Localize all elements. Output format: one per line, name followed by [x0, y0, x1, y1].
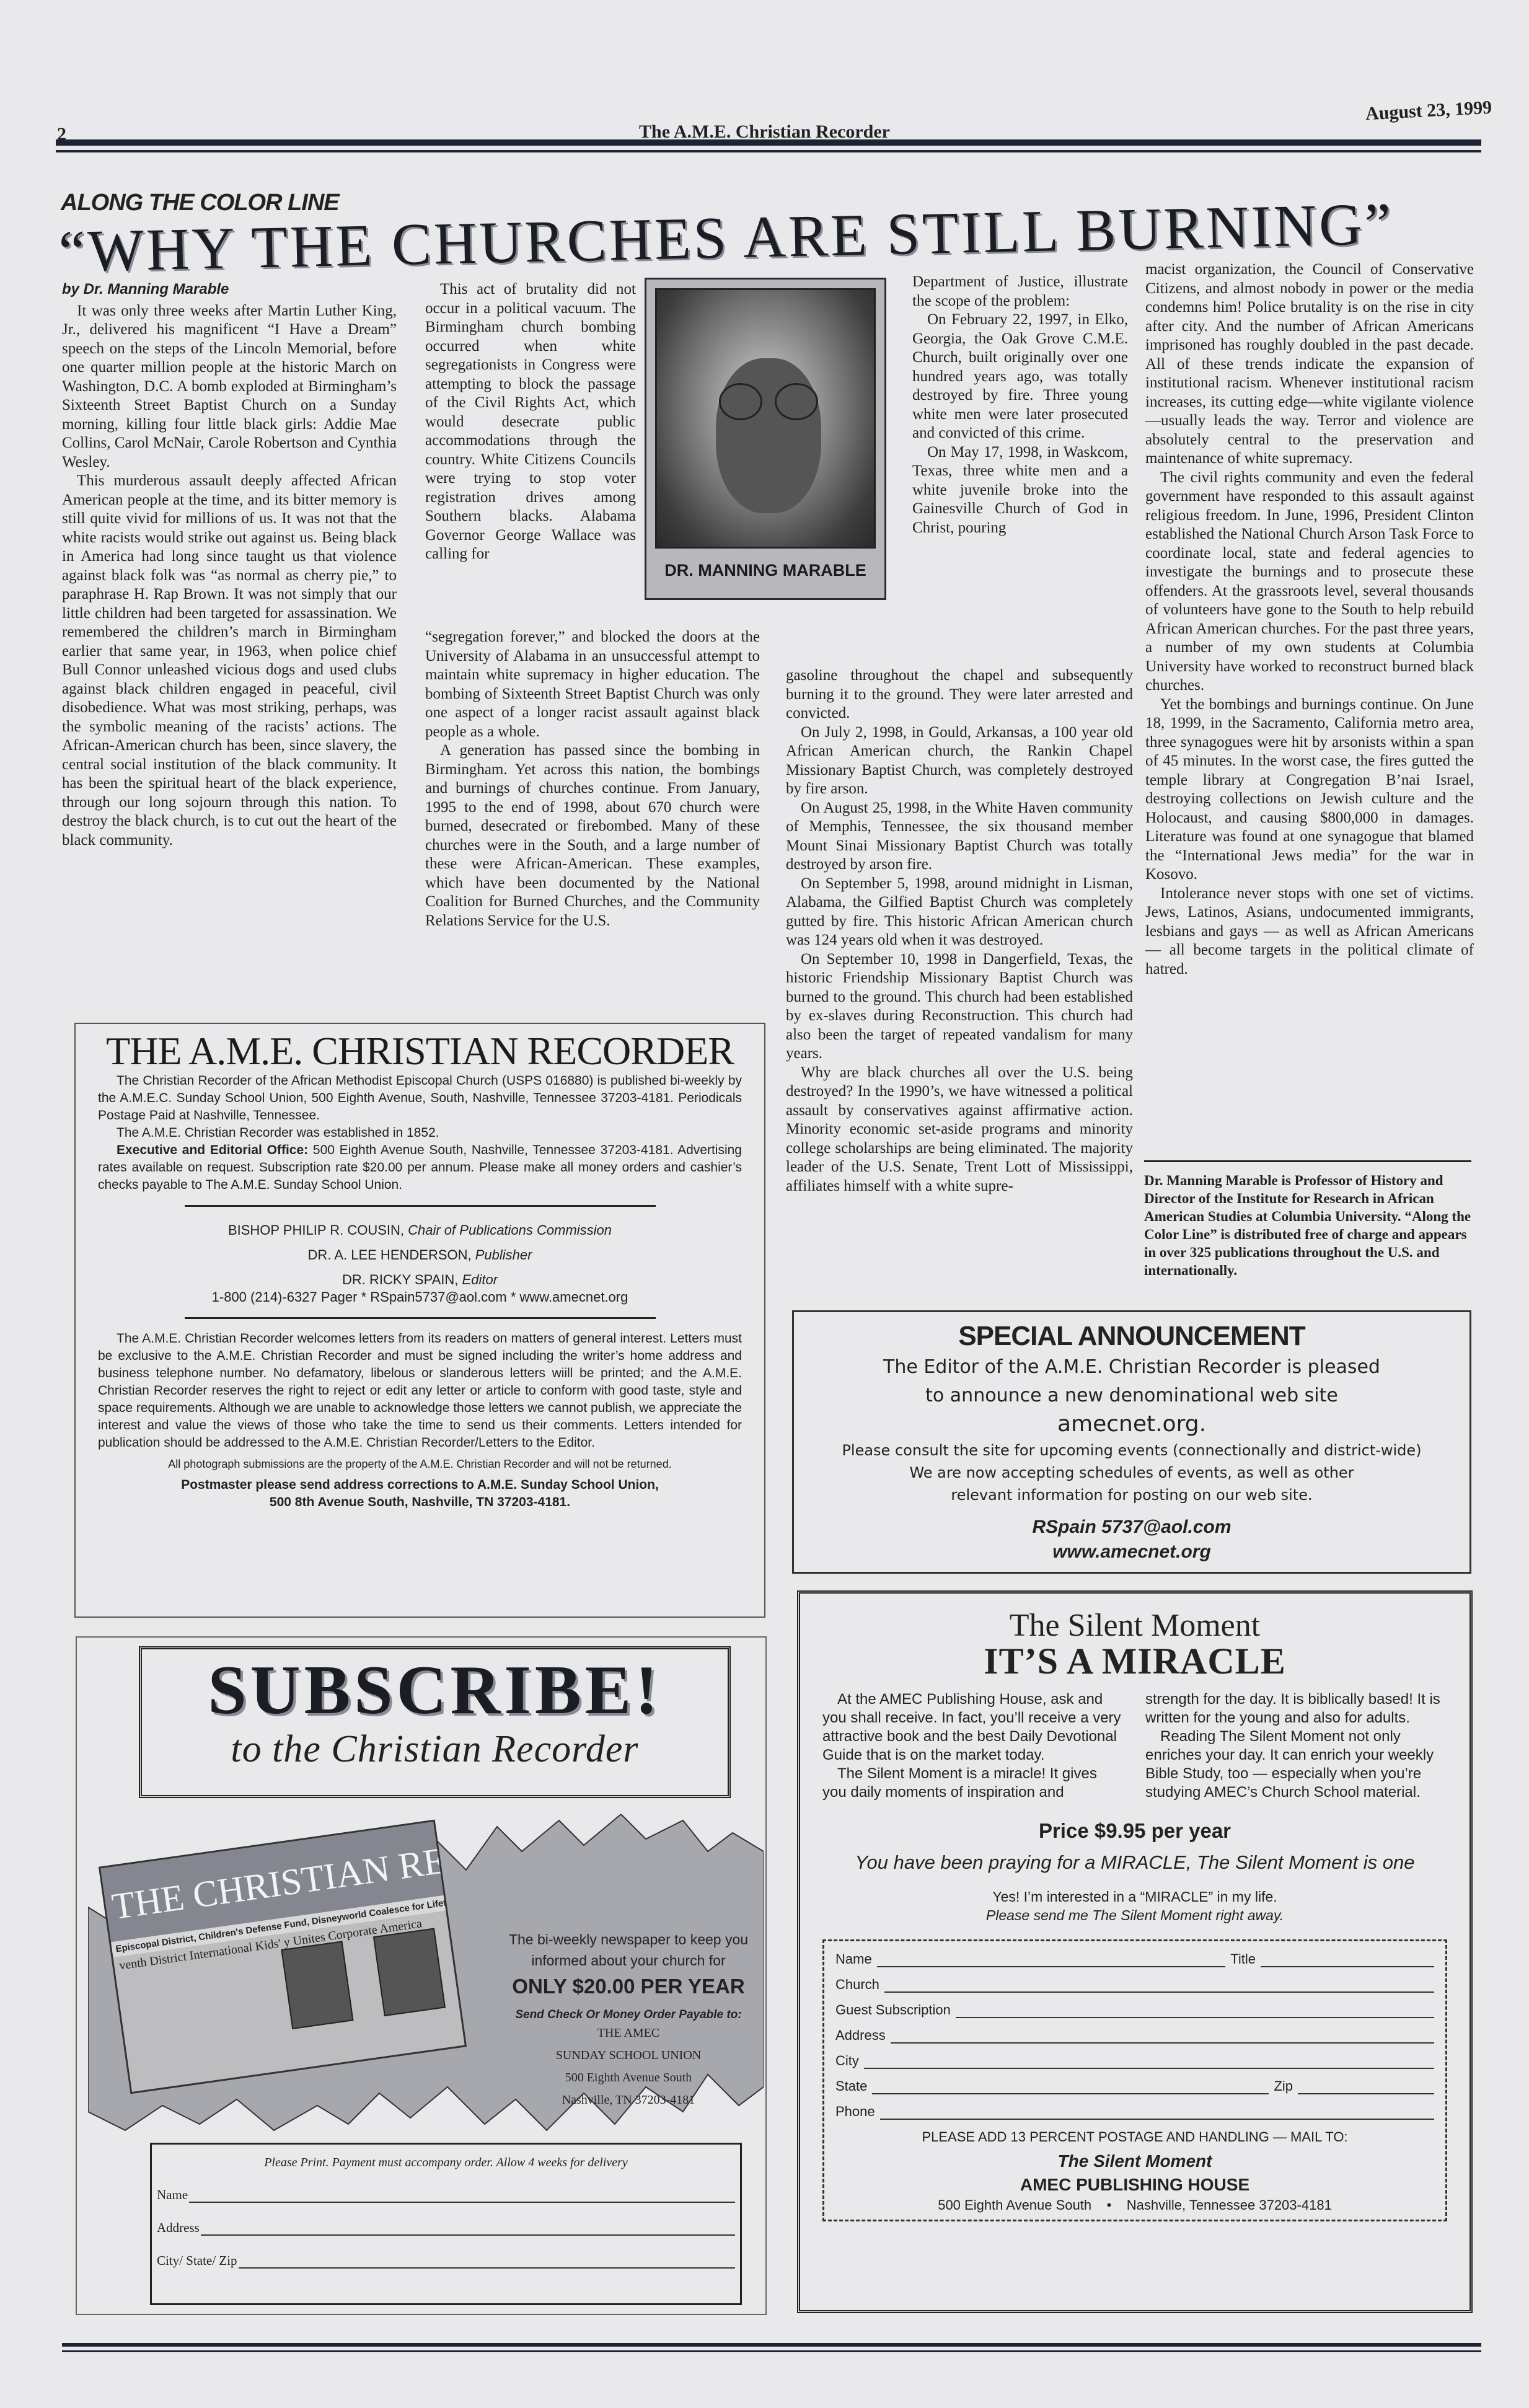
- author-photo-frame: DR. MANNING MARABLE: [645, 278, 886, 600]
- glasses-icon: [719, 383, 762, 420]
- address-label: Address: [157, 2220, 200, 2236]
- state-label: State: [835, 2078, 867, 2094]
- ad-tagline: You have been praying for a MIRACLE, The…: [822, 1851, 1447, 1874]
- title-field[interactable]: [1261, 1952, 1434, 1967]
- article-paragraph: On August 25, 1998, in the White Haven c…: [786, 799, 1133, 875]
- newspaper-clipping-image: THE CHRISTIAN RECORDER Episcopal Distric…: [99, 1820, 467, 2094]
- phone-field[interactable]: [880, 2105, 1434, 2120]
- address-field[interactable]: [891, 2029, 1434, 2044]
- subscribe-ad: SUBSCRIBE! to the Christian Recorder THE…: [76, 1636, 767, 2315]
- author-photo: [655, 288, 876, 549]
- ad-paragraph: Reading The Silent Moment not only enric…: [1145, 1727, 1447, 1802]
- zip-field[interactable]: [1298, 2079, 1434, 2094]
- state-field[interactable]: [872, 2079, 1269, 2094]
- article-paragraph: It was only three weeks after Martin Lut…: [62, 302, 397, 472]
- order-coupon: Name Title Church Guest Subscription Add…: [822, 1939, 1447, 2221]
- address-street: 500 Eighth Avenue South: [938, 2197, 1091, 2213]
- postmaster-line-1: Postmaster please send address correctio…: [98, 1476, 742, 1494]
- subscribe-title: SUBSCRIBE!: [142, 1653, 728, 1727]
- article-paragraph: On September 5, 1998, around midnight in…: [786, 875, 1133, 950]
- ad-column-left: At the AMEC Publishing House, ask and yo…: [822, 1690, 1124, 1802]
- editor-contact: 1-800 (214)-6327 Pager * RSpain5737@aol.…: [98, 1289, 742, 1306]
- form-row: Address: [157, 2220, 735, 2236]
- ad-paragraph: The Silent Moment is a miracle! It gives…: [822, 1765, 1124, 1802]
- title-label: Title: [1230, 1951, 1256, 1967]
- church-label: Church: [835, 1977, 879, 1993]
- form-row: Phone: [835, 2104, 1434, 2120]
- form-row: Name: [157, 2187, 735, 2203]
- article-column-2-continued: “segregation forever,” and blocked the d…: [425, 628, 760, 930]
- article-column-4: macist organization, the Council of Cons…: [1145, 260, 1474, 979]
- staff-role: Publisher: [475, 1247, 532, 1263]
- subscribe-address: THE AMEC SUNDAY SCHOOL UNION 500 Eighth …: [498, 2022, 759, 2111]
- article-column-2: This act of brutality did not occur in a…: [425, 280, 636, 564]
- announcement-lead-2: to announce a new denominational web sit…: [794, 1383, 1470, 1409]
- author-bio: Dr. Manning Marable is Professor of Hist…: [1144, 1171, 1473, 1279]
- address-line: 500 Eighth Avenue South: [498, 2066, 759, 2089]
- city-state-zip-field[interactable]: [239, 2256, 736, 2269]
- announcement-url: www.amecnet.org: [794, 1540, 1470, 1564]
- city-state-zip-label: City/ State/ Zip: [157, 2253, 237, 2269]
- footer-rule-thick: [62, 2343, 1481, 2347]
- article-paragraph: On February 22, 1997, in Elko, Georgia, …: [912, 311, 1128, 443]
- announcement-email: RSpain 5737@aol.com: [794, 1515, 1470, 1540]
- address-label: Address: [835, 2027, 886, 2044]
- ad-paragraph: strength for the day. It is biblically b…: [1145, 1690, 1447, 1727]
- header-rule-thin: [56, 150, 1481, 152]
- masthead-publication-info: The Christian Recorder of the African Me…: [98, 1072, 742, 1124]
- ad-column-right: strength for the day. It is biblically b…: [1145, 1690, 1447, 1802]
- postmaster-line-2: 500 8th Avenue South, Nashville, TN 3720…: [98, 1494, 742, 1511]
- photos-note: All photograph submissions are the prope…: [98, 1455, 742, 1473]
- form-row: Guest Subscription: [835, 2002, 1434, 2018]
- staff-item: DR. RICKY SPAIN, Editor: [98, 1271, 742, 1289]
- mail-to-house: AMEC PUBLISHING HOUSE: [835, 2175, 1434, 2195]
- clipping-photo: [373, 1928, 446, 2016]
- staff-list: BISHOP PHILIP R. COUSIN, Chair of Public…: [98, 1218, 742, 1306]
- silent-moment-ad: The Silent Moment IT’S A MIRACLE At the …: [797, 1590, 1473, 2313]
- masthead-title: THE A.M.E. CHRISTIAN RECORDER: [98, 1043, 742, 1060]
- byline: by Dr. Manning Marable: [62, 280, 397, 299]
- form-row: Church: [835, 1977, 1434, 1993]
- article-paragraph: On May 17, 1998, in Waskcom, Texas, thre…: [912, 443, 1128, 538]
- address-line: THE AMEC: [498, 2022, 759, 2044]
- clipping-photo: [281, 1941, 353, 2029]
- subscribe-header-box: SUBSCRIBE! to the Christian Recorder: [139, 1646, 731, 1798]
- masthead-box: THE A.M.E. CHRISTIAN RECORDER The Christ…: [74, 1023, 765, 1618]
- article-paragraph: On July 2, 1998, in Gould, Arkansas, a 1…: [786, 723, 1133, 799]
- special-announcement-box: SPECIAL ANNOUNCEMENT The Editor of the A…: [792, 1310, 1471, 1574]
- article-paragraph: A generation has passed since the bombin…: [425, 741, 760, 930]
- photo-caption: DR. MANNING MARABLE: [655, 561, 876, 580]
- issue-date: August 23, 1999: [1365, 97, 1492, 125]
- name-label: Name: [157, 2187, 188, 2203]
- article-paragraph: Intolerance never stops with one set of …: [1145, 884, 1474, 979]
- article-paragraph: Department of Justice, illustrate the sc…: [912, 273, 1128, 311]
- article-paragraph: gasoline throughout the chapel and subse…: [786, 666, 1133, 723]
- announcement-site: amecnet.org.: [794, 1411, 1470, 1437]
- ad-yes-line-2: Please send me The Silent Moment right a…: [822, 1906, 1447, 1925]
- form-note: Please Print. Payment must accompany ord…: [157, 2156, 735, 2170]
- article-paragraph: This murderous assault deeply affected A…: [62, 472, 397, 850]
- letters-policy: The A.M.E. Christian Recorder welcomes l…: [98, 1330, 742, 1452]
- glasses-icon: [775, 383, 818, 420]
- mail-to-name: The Silent Moment: [835, 2151, 1434, 2171]
- subscribe-subtitle: to the Christian Recorder: [142, 1727, 728, 1771]
- article-paragraph: “segregation forever,” and blocked the d…: [425, 628, 760, 741]
- ad-price: Price $9.95 per year: [822, 1819, 1447, 1843]
- portrait-face-shape: [716, 358, 821, 513]
- form-row: State Zip: [835, 2078, 1434, 2094]
- name-field[interactable]: [189, 2190, 735, 2203]
- office-label: Executive and Editorial Office:: [117, 1143, 308, 1157]
- form-row: Name Title: [835, 1951, 1434, 1967]
- address-city: Nashville, Tennessee 37203-4181: [1127, 2197, 1332, 2213]
- subscribe-info: The bi-weekly newspaper to keep you info…: [498, 1929, 759, 2111]
- name-field[interactable]: [877, 1952, 1226, 1967]
- subscribe-price: ONLY $20.00 PER YEAR: [498, 1975, 759, 1998]
- article-paragraph: This act of brutality did not occur in a…: [425, 280, 636, 564]
- bio-divider: [1144, 1160, 1471, 1162]
- article-paragraph: The civil rights community and even the …: [1145, 469, 1474, 695]
- announcement-title: SPECIAL ANNOUNCEMENT: [794, 1321, 1470, 1352]
- footer-rule-thin: [62, 2350, 1481, 2352]
- article-paragraph: On September 10, 1998 in Dangerfield, Te…: [786, 950, 1133, 1064]
- announcement-lead-1: The Editor of the A.M.E. Christian Recor…: [794, 1354, 1470, 1380]
- masthead-office: Executive and Editorial Office: 500 Eigh…: [98, 1142, 742, 1194]
- ad-title: The Silent Moment: [822, 1607, 1447, 1644]
- address-field[interactable]: [201, 2223, 735, 2236]
- mail-to-address: 500 Eighth Avenue South • Nashville, Ten…: [835, 2197, 1434, 2213]
- masthead-established: The A.M.E. Christian Recorder was establ…: [98, 1124, 742, 1142]
- article-paragraph: Why are black churches all over the U.S.…: [786, 1064, 1133, 1196]
- staff-name: DR. A. LEE HENDERSON,: [308, 1247, 475, 1263]
- form-row: City: [835, 2053, 1434, 2069]
- ad-yes-line-1: Yes! I’m interested in a “MIRACLE” in my…: [822, 1887, 1447, 1906]
- guest-subscription-label: Guest Subscription: [835, 2002, 951, 2018]
- header-rule-thick: [56, 139, 1481, 146]
- article-paragraph: macist organization, the Council of Cons…: [1145, 260, 1474, 469]
- announcement-body-3: relevant information for posting on our …: [794, 1484, 1470, 1506]
- ad-body-columns: At the AMEC Publishing House, ask and yo…: [822, 1690, 1447, 1802]
- city-label: City: [835, 2053, 859, 2069]
- city-field[interactable]: [864, 2054, 1434, 2069]
- staff-name: BISHOP PHILIP R. COUSIN,: [228, 1222, 408, 1238]
- article-column-1: by Dr. Manning Marable It was only three…: [62, 280, 397, 850]
- ad-headline: IT’S A MIRACLE: [822, 1640, 1447, 1683]
- staff-name: DR. RICKY SPAIN,: [342, 1272, 462, 1287]
- staff-role: Chair of Publications Commission: [408, 1222, 612, 1238]
- church-field[interactable]: [884, 1978, 1434, 1993]
- bullet-icon: •: [1107, 2197, 1112, 2213]
- staff-item: BISHOP PHILIP R. COUSIN, Chair of Public…: [98, 1218, 742, 1243]
- masthead-divider: [185, 1317, 656, 1319]
- article-paragraph: Yet the bombings and burnings continue. …: [1145, 695, 1474, 884]
- address-line: Nashville, TN 37203-4181: [498, 2089, 759, 2111]
- subscribe-lead: The bi-weekly newspaper to keep you info…: [498, 1929, 759, 1971]
- address-line: SUNDAY SCHOOL UNION: [498, 2044, 759, 2066]
- zip-label: Zip: [1274, 2078, 1293, 2094]
- staff-item: DR. A. LEE HENDERSON, Publisher: [98, 1243, 742, 1268]
- subscribe-payable: Send Check Or Money Order Payable to:: [498, 2008, 759, 2022]
- ad-paragraph: At the AMEC Publishing House, ask and yo…: [822, 1690, 1124, 1765]
- article-column-3: Department of Justice, illustrate the sc…: [912, 273, 1128, 537]
- form-row: Address: [835, 2027, 1434, 2044]
- subscribe-order-form: Please Print. Payment must accompany ord…: [150, 2143, 742, 2305]
- announcement-body-1: Please consult the site for upcoming eve…: [794, 1439, 1470, 1462]
- phone-label: Phone: [835, 2104, 875, 2120]
- name-label: Name: [835, 1951, 872, 1967]
- staff-role: Editor: [462, 1272, 498, 1287]
- masthead-divider: [185, 1205, 656, 1207]
- postage-note: PLEASE ADD 13 PERCENT POSTAGE AND HANDLI…: [835, 2129, 1434, 2145]
- form-row: City/ State/ Zip: [157, 2253, 735, 2269]
- guest-subscription-field[interactable]: [956, 2003, 1434, 2018]
- announcement-body-2: We are now accepting schedules of events…: [794, 1462, 1470, 1484]
- article-column-3-continued: gasoline throughout the chapel and subse…: [786, 666, 1133, 1196]
